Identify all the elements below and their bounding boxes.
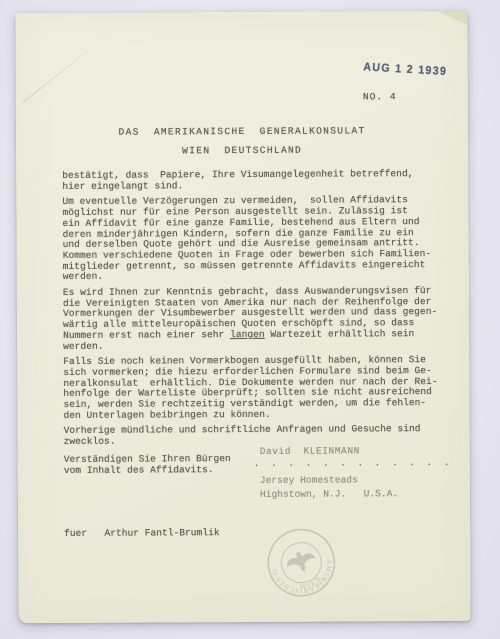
photo-background: { "document": { "received_stamp": "AUG 1… xyxy=(0,0,500,639)
document-number: NO. 4 xyxy=(363,91,397,102)
paragraph-quota-notice: Es wird Ihnen zur Kenntnis gebracht, das… xyxy=(63,286,455,352)
quota-notice-emphasis: langen xyxy=(230,329,265,340)
consulate-seal-stamp: AMERIKANISCHES GENERALKONSULAT WIEN xyxy=(251,512,352,613)
paper-crease xyxy=(22,28,117,103)
paragraph-registration: Falls Sie noch keinen Vormerkbogen ausge… xyxy=(63,355,455,421)
sponsor-address-line2: Highstown, N.J. U.S.A. xyxy=(260,488,398,500)
eagle-icon xyxy=(284,547,319,577)
letter-body: bestätigt, dass Papiere, Ihre Visumangel… xyxy=(62,169,455,453)
paragraph-confirmation: bestätigt, dass Papiere, Ihre Visumangel… xyxy=(62,169,454,192)
sponsor-address-line1: Jersey Homesteads xyxy=(260,474,358,486)
corner-fold xyxy=(437,11,467,25)
sponsor-name: David KLEINMANN xyxy=(260,445,360,457)
sponsor-notice: Verständigen Sie Ihren Bürgen vom Inhalt… xyxy=(64,453,231,476)
received-date-stamp: AUG 1 2 1939 xyxy=(363,61,448,78)
letterhead: DAS AMERIKANISCHE GENERALKONSULAT WIEN D… xyxy=(16,125,468,157)
paragraph-inquiries-useless: Vorherige mündliche und schriftliche Anf… xyxy=(64,424,456,447)
paragraph-affidavit-rules: Um eventuelle Verzögerungen zu vermeiden… xyxy=(62,195,454,283)
letter-page: AUG 1 2 1939 NO. 4 DAS AMERIKANISCHE GEN… xyxy=(15,11,470,623)
letterhead-title: DAS AMERIKANISCHE GENERALKONSULAT xyxy=(16,125,468,138)
letterhead-location: WIEN DEUTSCHLAND xyxy=(16,144,468,157)
applicant-reference: fuer Arthur Fantl-Brumlik xyxy=(64,527,220,539)
dotted-signature-line: . . . . . . . . . . . . xyxy=(254,457,450,469)
